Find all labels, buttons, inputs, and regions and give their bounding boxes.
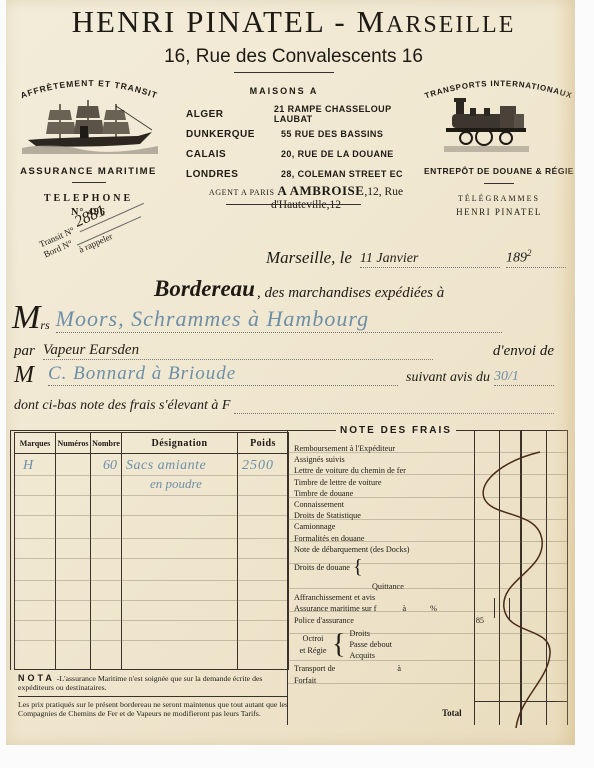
frais-total-field [234, 399, 554, 414]
envoi-label: d'envoi de [493, 343, 554, 360]
designation-line-2: en poudre [150, 476, 237, 492]
date-year: 1892 [506, 248, 566, 268]
frais-item: Assignés suivis [294, 454, 472, 465]
quittance-label: Quittance [294, 581, 472, 592]
assurance-label: Assurance maritime sur f [294, 603, 377, 614]
sender-line: M C. Bonnard à Brioude suivant avis du 3… [14, 362, 554, 386]
cell-poids: 2500 [238, 454, 289, 670]
branch-office: CALAIS20, RUE DE LA DOUANE [186, 144, 421, 164]
forfait-label: Forfait [294, 675, 472, 686]
frais-item: Timbre de lettre de voiture [294, 477, 472, 488]
vessel-line: par Vapeur Earsden d'envoi de [14, 340, 554, 360]
column-header-designation: Désignation [122, 433, 238, 454]
cell-nombre: 60 [91, 454, 122, 670]
frais-total-line: dont ci-bas note des frais s'élevant à F [14, 394, 554, 414]
designation-line-1: Sacs amiante [126, 458, 237, 474]
total-label: Total [442, 708, 462, 718]
sender-field: C. Bonnard à Brioude [48, 363, 398, 386]
ornament-divider [72, 182, 106, 183]
recipient-field: Moors, Schrammes à Hambourg [56, 306, 502, 333]
ornament-divider [484, 183, 514, 184]
steam-locomotive-icon [444, 96, 529, 156]
frais-label: dont ci-bas note des frais s'élevant à F [14, 398, 230, 414]
transport-label: Transport de [294, 663, 335, 674]
recipient-prefix: M [12, 303, 40, 333]
vessel-field: Vapeur Earsden [43, 342, 433, 360]
column-header-marques: Marques [15, 433, 56, 454]
cell-marques: H [15, 454, 56, 670]
telegrams-label: TÉLÉGRAMMES [424, 194, 574, 203]
date-day: 11 [360, 251, 373, 267]
droits-douane-label: Droits de douane [294, 562, 350, 573]
brace-icon: { [353, 562, 363, 573]
ruled-line [15, 495, 287, 496]
cell-numeros [56, 454, 91, 670]
frais-item: Camionnage [294, 521, 472, 532]
sailing-steamship-icon [20, 96, 160, 156]
section-left-rule [10, 430, 11, 670]
police-row: Police d'assurance 85 [294, 615, 472, 626]
octroi-label: Octroiet Régie [294, 633, 332, 655]
table-bottom-rule [14, 669, 289, 670]
bordereau-subtitle: , des marchandises expédiées à [257, 285, 444, 302]
frais-item: Formalités en douane [294, 533, 472, 544]
ruled-line [15, 600, 287, 601]
avis-label: suivant avis du [406, 370, 490, 386]
company-address: 16, Rue des Convalescents 16 [6, 46, 581, 68]
table-row: H 60 Sacs amiante en poudre 2500 [15, 454, 289, 670]
ruled-line [15, 620, 287, 621]
company-title: HENRI PINATEL - MARSEILLE [6, 4, 581, 40]
column-header-nombre: Nombre [91, 433, 122, 454]
bordereau-heading: Bordereau , des marchandises expédiées à [154, 276, 554, 302]
note-des-frais-title: NOTE DES FRAIS [336, 425, 456, 436]
ruled-line [15, 538, 287, 539]
sender-prefix: M [14, 364, 34, 386]
branch-offices-list: ALGER21 RAMPE CHASSELOUP LAUBAT DUNKERQU… [186, 104, 421, 184]
ruled-line [15, 515, 287, 516]
ruled-line [15, 475, 287, 476]
place-label: Marseille, le [266, 248, 352, 268]
nota-block: NOTA -L'assurance Maritime n'est soignée… [18, 674, 288, 718]
invoice-paper: HENRI PINATEL - MARSEILLE 16, Rue des Co… [6, 0, 575, 745]
branch-office: ALGER21 RAMPE CHASSELOUP LAUBAT [186, 104, 421, 124]
date-line: Marseille, le 11 Janvier 1892 [266, 246, 566, 268]
ornament-divider [226, 204, 361, 205]
frais-item: Connaissement [294, 499, 472, 510]
branch-office: LONDRES28, COLEMAN STREET EC [186, 164, 421, 184]
paris-agent-line: AGENT A PARIS A AMBROISE,12, Rue d'Haute… [176, 183, 436, 211]
entrepot-label: ENTREPÔT DE DOUANE & RÉGIE [424, 166, 574, 176]
frais-items: Remboursement à l'Expéditeur Assignés su… [294, 443, 472, 686]
branch-office: DUNKERQUE55 RUE DES BASSINS [186, 124, 421, 144]
ruled-line [15, 580, 287, 581]
par-label: par [14, 343, 35, 360]
maisons-title: MAISONS A [224, 86, 344, 96]
affranchissement-label: Affranchissement et avis [294, 592, 472, 603]
telegrams-name: HENRI PINATEL [424, 207, 574, 217]
police-label: Police d'assurance [294, 615, 354, 626]
company-name: HENRI PINATEL - [72, 4, 347, 39]
frais-item: Note de débarquement (des Docks) [294, 544, 472, 555]
ruled-line [15, 640, 287, 641]
bordereau-title: Bordereau [154, 276, 255, 302]
column-header-poids: Poids [238, 433, 289, 454]
avis-date-field: 30/1 [494, 369, 554, 386]
prices-disclaimer: Les prix pratiqués sur le présent border… [18, 696, 288, 718]
assurance-row: Assurance maritime sur f à % [294, 603, 472, 614]
cell-designation: Sacs amiante en poudre [122, 454, 238, 670]
droits-douane-row: Droits de douane{ [294, 555, 472, 581]
transport-row: Transport de à [294, 663, 472, 674]
ledger-column-rule [567, 430, 568, 725]
assurance-maritime-label: ASSURANCE MARITIME [16, 166, 161, 177]
brace-icon: { [332, 631, 345, 659]
column-header-numeros: Numéros [56, 433, 91, 454]
date-month: Janvier [376, 251, 418, 267]
recipient-line: Mrs Moors, Schrammes à Hambourg [12, 303, 502, 333]
goods-table: Marques Numéros Nombre Désignation Poids… [14, 432, 289, 669]
ornament-divider [234, 72, 334, 73]
nota-text: NOTA -L'assurance Maritime n'est soignée… [18, 674, 288, 692]
date-field: 11 Janvier [360, 251, 500, 268]
vessel-name: Vapeur Earsden [43, 342, 139, 358]
cancellation-squiggle-icon [476, 440, 566, 730]
ruled-line [15, 558, 287, 559]
